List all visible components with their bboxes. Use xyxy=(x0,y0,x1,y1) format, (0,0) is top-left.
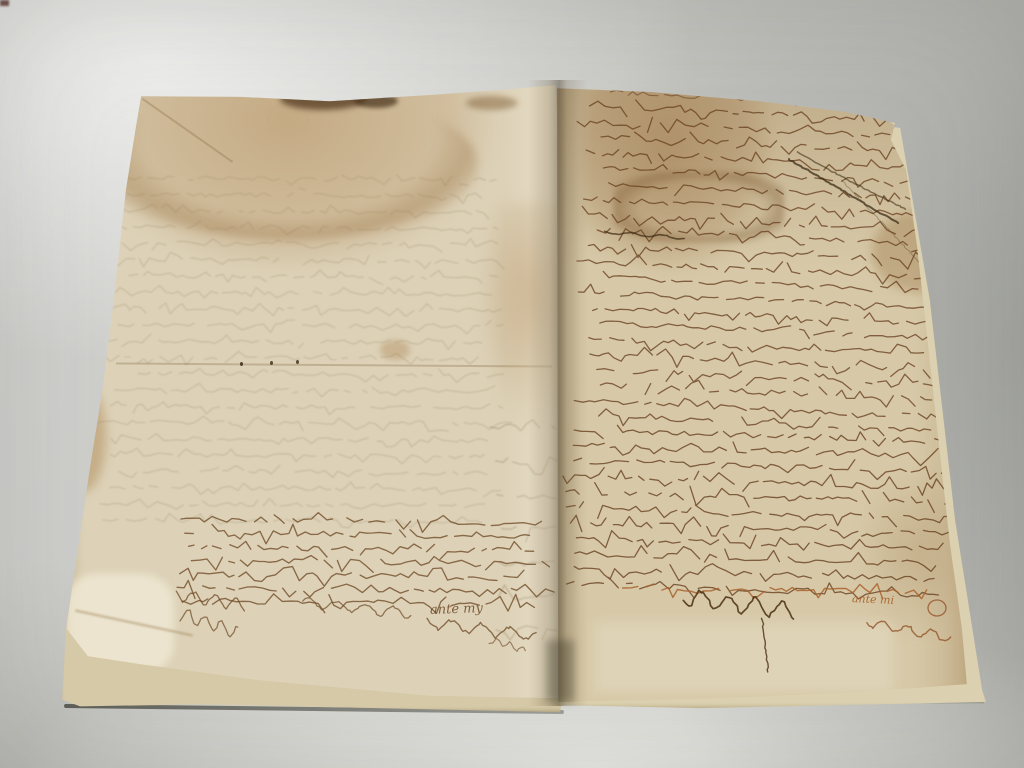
right-page: ante mi xyxy=(554,82,974,704)
right-page-writing xyxy=(554,82,974,704)
book-gutter-base-shadow xyxy=(546,640,574,702)
left-page: ante my xyxy=(58,82,565,702)
manuscript-book: ante my ante mi xyxy=(0,0,1024,768)
book-gutter-shadow xyxy=(528,80,588,706)
left-page-writing xyxy=(58,82,565,702)
left-page-ante-my-note: ante my xyxy=(430,601,483,618)
photo-scene: ante my ante mi xyxy=(0,0,1024,768)
right-page-ante-mi-note: ante mi xyxy=(852,592,895,607)
